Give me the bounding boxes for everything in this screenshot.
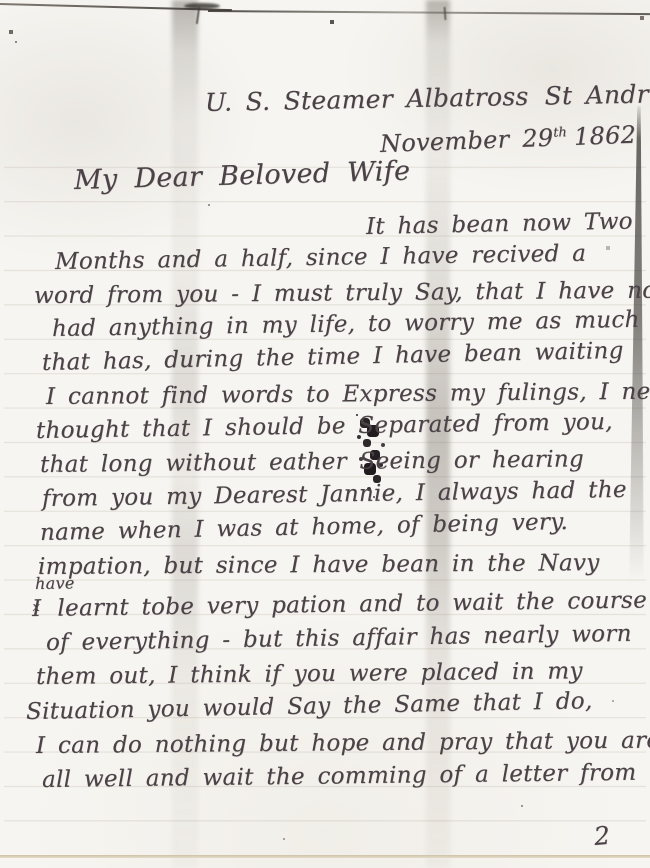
letterhead-line: U. S. Steamer AlbatrossSt Andrews Bay [205, 77, 650, 117]
paper-specks [0, 0, 2, 2]
body-line-15: I can do nothing but hope and pray that … [36, 728, 650, 759]
inserted-word-above-line: have [35, 573, 75, 593]
body-line-5: I cannot find words to Express my fuling… [46, 378, 650, 410]
page-number: 2 [593, 821, 612, 851]
date-year: 1862 [573, 121, 636, 151]
date-ordinal-suffix: th [553, 125, 567, 140]
body-line-2: word from you - I must truly Say, that I… [34, 277, 650, 309]
insertion-caret: x [32, 600, 40, 615]
page-bottom-edge [0, 855, 650, 858]
place-name: St Andrews Bay [544, 77, 650, 110]
insertion-mark: havex [41, 593, 49, 616]
body-line-10: impation, but since I have bean in the N… [38, 550, 600, 580]
top-edge-dark-blob [184, 3, 220, 9]
ship-name: U. S. Steamer Albatross [205, 82, 529, 117]
scanned-letter-page: U. S. Steamer AlbatrossSt Andrews Bay No… [0, 0, 650, 868]
